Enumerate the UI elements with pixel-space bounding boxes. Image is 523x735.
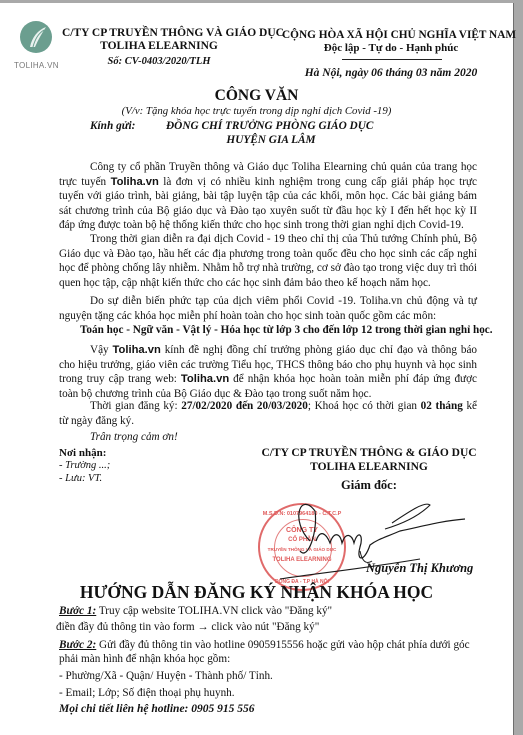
recipient-line2: HUYỆN GIA LÂM [166, 134, 376, 146]
recipient-line1: ĐỒNG CHÍ TRƯỞNG PHÒNG GIÁO DỤC [166, 120, 373, 132]
signing-company-line2: TOLIHA ELEARNING [258, 461, 480, 473]
company-name-line2: TOLIHA ELEARNING [62, 40, 256, 52]
toliha-logo-icon [20, 21, 52, 53]
text: Vậy [90, 344, 113, 356]
step-1-detail: điền đầy đủ thông tin vào form → click v… [56, 621, 319, 633]
hotline-contact: Mọi chi tiết liên hệ hotline: 0905 915 5… [59, 703, 255, 715]
document-title: CÔNG VĂN [0, 87, 513, 105]
document-page: TOLIHA.VN C/TY CP TRUYỀN THÔNG VÀ GIÁO D… [0, 3, 514, 735]
document-subject: (V/v: Tặng khóa học trực tuyến trong dịp… [0, 105, 513, 117]
text: Thời gian đăng ký: [90, 400, 181, 412]
step-1: Bước 1: Truy cập website TOLIHA.VN click… [59, 605, 332, 617]
paragraph-offer: Do sự diễn biến phức tạp của dịch viêm p… [59, 294, 477, 323]
signer-name: Nguyễn Thị Khương [366, 561, 473, 576]
subjects-list: Toán học - Ngữ văn - Vật lý - Hóa học từ… [80, 324, 493, 336]
document-number: Số: CV-0403/2020/TLH [62, 56, 256, 67]
paragraph-context: Trong thời gian diễn ra đại dịch Covid -… [59, 232, 477, 290]
text: ; Khoá học có thời gian [308, 400, 421, 412]
recipients-label: Nơi nhận: [59, 447, 106, 459]
step-2: Bước 2: Gửi đầy đủ thông tin vào hotline… [59, 638, 479, 666]
closing-thanks: Trân trọng cảm ơn! [90, 431, 178, 443]
course-duration: 02 tháng [421, 400, 463, 412]
paragraph-intro: Công ty cổ phần Truyền thông và Giáo dục… [59, 160, 477, 233]
text: Do sự diễn biến phức tạp của dịch viêm p… [59, 295, 477, 322]
text: Trong thời gian diễn ra đại dịch Covid -… [59, 233, 477, 289]
info-item: - Phường/Xã - Quận/ Huyện - Thành phố/ T… [59, 670, 273, 682]
brand-name: Toliha.vn [113, 344, 161, 356]
place-date: Hà Nội, ngày 06 tháng 03 năm 2020 [282, 67, 500, 79]
company-name-line1: C/TY CP TRUYỀN THÔNG VÀ GIÁO DỤC [62, 27, 284, 39]
step-1-text: Truy cập website TOLIHA.VN click vào "Đă… [96, 605, 332, 617]
paragraph-registration-period: Thời gian đăng ký: 27/02/2020 đến 20/03/… [59, 399, 477, 428]
recipient-label: Kính gửi: [90, 120, 135, 132]
registration-dates: 27/02/2020 đến 20/03/2020 [181, 400, 308, 412]
motto-underline [342, 59, 442, 60]
brand-name: Toliha.vn [111, 176, 159, 188]
signing-company-line1: C/TY CP TRUYỀN THÔNG & GIÁO DỤC [258, 447, 480, 459]
step-2-label: Bước 2: [59, 639, 96, 651]
step-2-text: Gửi đầy đủ thông tin vào hotline 0905915… [59, 639, 470, 665]
national-motto: Độc lập - Tự do - Hạnh phúc [282, 42, 500, 54]
recipient-item: - Trường ...; [59, 460, 110, 471]
step-1-label: Bước 1: [59, 605, 96, 617]
recipient-item: - Lưu: VT. [59, 473, 102, 484]
national-title: CỘNG HÒA XÃ HỘI CHỦ NGHĨA VIỆT NAM [282, 29, 500, 41]
logo-text: TOLIHA.VN [14, 61, 59, 70]
brand-name: Toliha.vn [181, 373, 229, 385]
guide-heading: HƯỚNG DẪN ĐĂNG KÝ NHẬN KHÓA HỌC [0, 582, 513, 603]
paragraph-request: Vậy Toliha.vn kính đề nghị đồng chí trưở… [59, 343, 477, 401]
info-item: - Email; Lớp; Số điện thoại phụ huynh. [59, 687, 235, 699]
